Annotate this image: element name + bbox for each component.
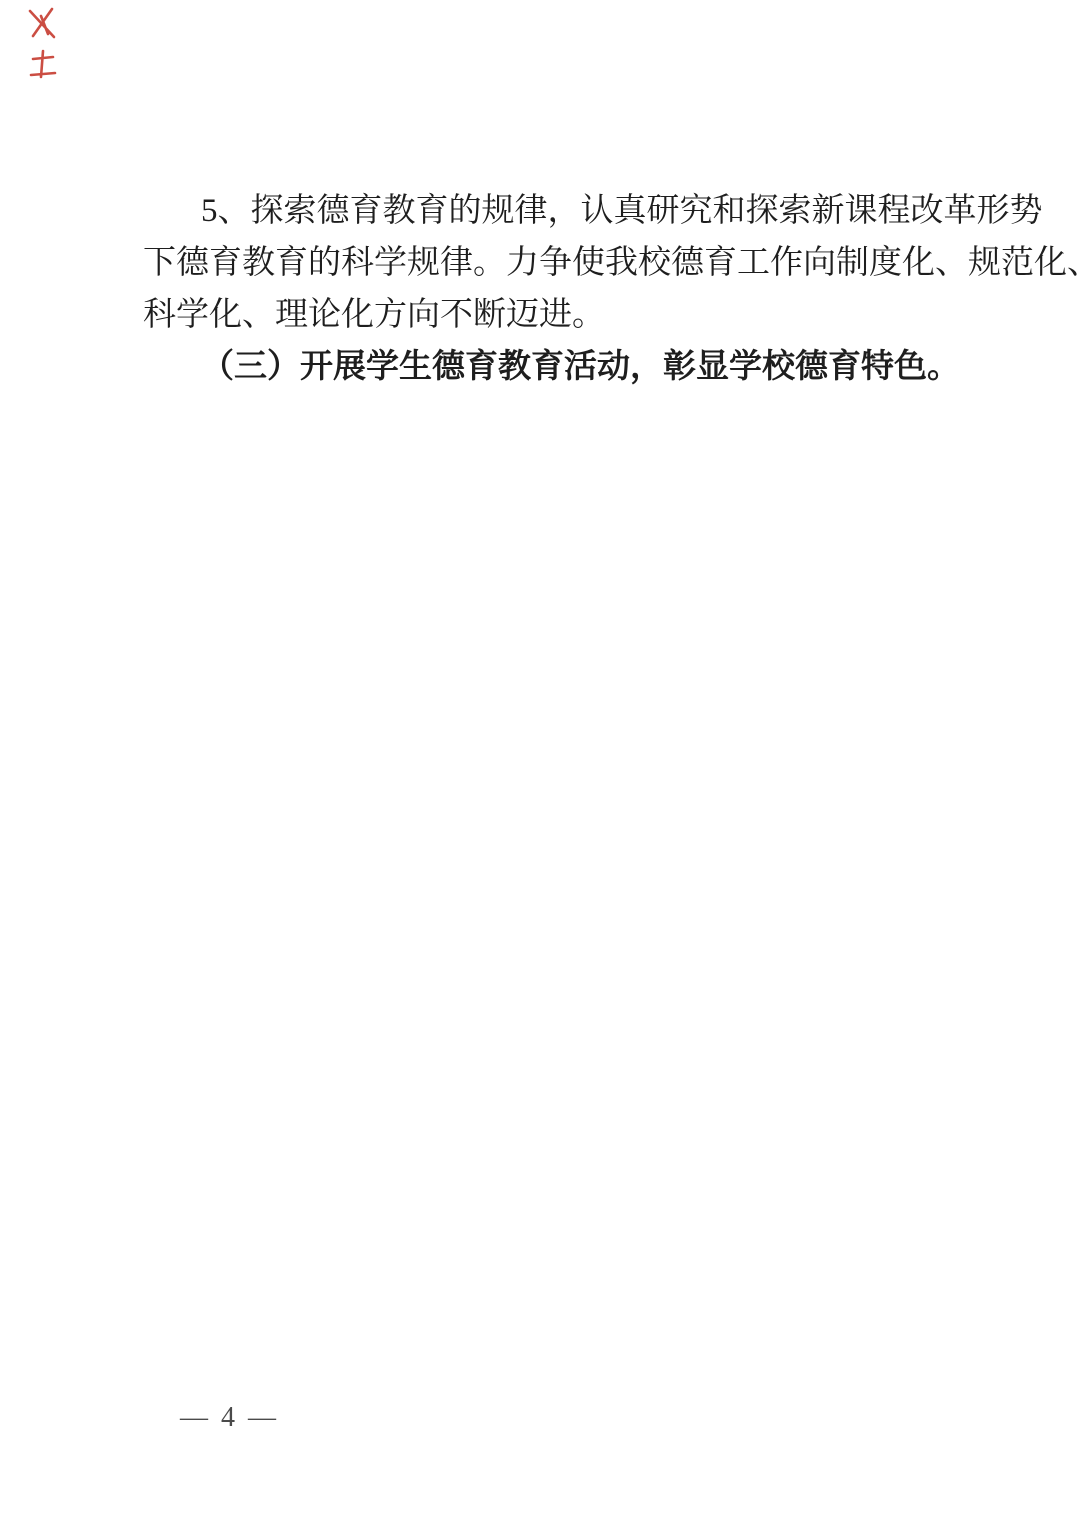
red-pen-mark-icon [28,48,58,82]
body-text: 5、探索德育教育的规律，认真研究和探索新课程改革形势 下德育教育的科学规律。力争… [143,185,958,393]
section-heading: （三）开展学生德育教育活动，彰显学校德育特色。 [143,341,958,393]
red-pen-mark-icon [26,6,60,42]
paragraph-line-2: 下德育教育的科学规律。力争使我校德育工作向制度化、规范化、 [143,237,958,289]
page-number: — 4 — [180,1402,279,1434]
paragraph-line-3: 科学化、理论化方向不断迈进。 [143,289,958,341]
paragraph-line-1: 5、探索德育教育的规律，认真研究和探索新课程改革形势 [143,185,958,237]
document-page: 5、探索德育教育的规律，认真研究和探索新课程改革形势 下德育教育的科学规律。力争… [0,0,1080,1528]
